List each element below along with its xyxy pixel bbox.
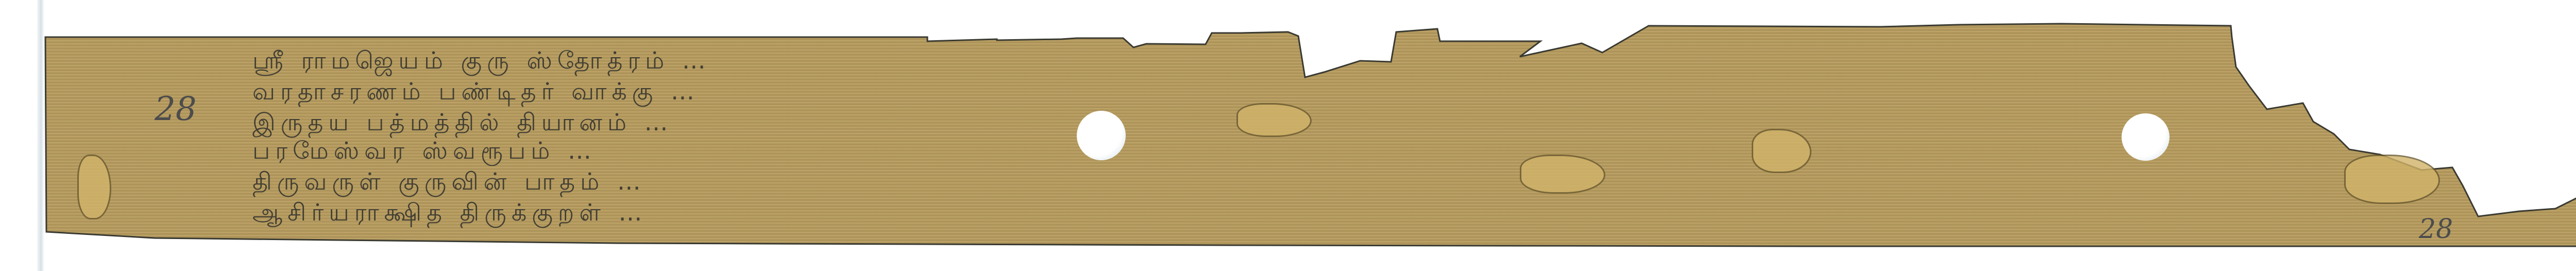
manuscript-line-1: ஸ்ரீ ராமஜெயம் குரு ஸ்தோத்ரம் … — [252, 46, 711, 78]
margin-folio-mark-lower: 28 — [2419, 214, 2453, 245]
insect-damage — [2344, 155, 2440, 204]
binding-hole-left — [1077, 111, 1126, 160]
margin-folio-mark-left: 28 — [155, 90, 196, 128]
manuscript-line-2: வரதாசரணம் பண்டிதர் வாக்கு … — [252, 77, 700, 109]
manuscript-line-6: ஆசிர்யராக்ஷித திருக்குறள் … — [252, 198, 647, 230]
insect-damage — [1236, 103, 1312, 137]
insect-damage — [1520, 155, 1605, 194]
manuscript-line-4: பரமேஸ்வர ஸ்வரூபம் … — [252, 137, 597, 168]
manuscript-line-5: திருவருள் குருவின் பாதம் … — [252, 167, 646, 199]
binding-hole-right — [2122, 113, 2170, 161]
palm-leaf: 28 28 ஸ்ரீ ராமஜெயம் குரு ஸ்தோத்ரம் … வரத… — [0, 0, 2576, 271]
insect-damage — [77, 155, 111, 219]
manuscript-line-3: இருதய பத்மத்தில் தியானம் … — [252, 108, 673, 140]
insect-damage — [1752, 129, 1811, 173]
